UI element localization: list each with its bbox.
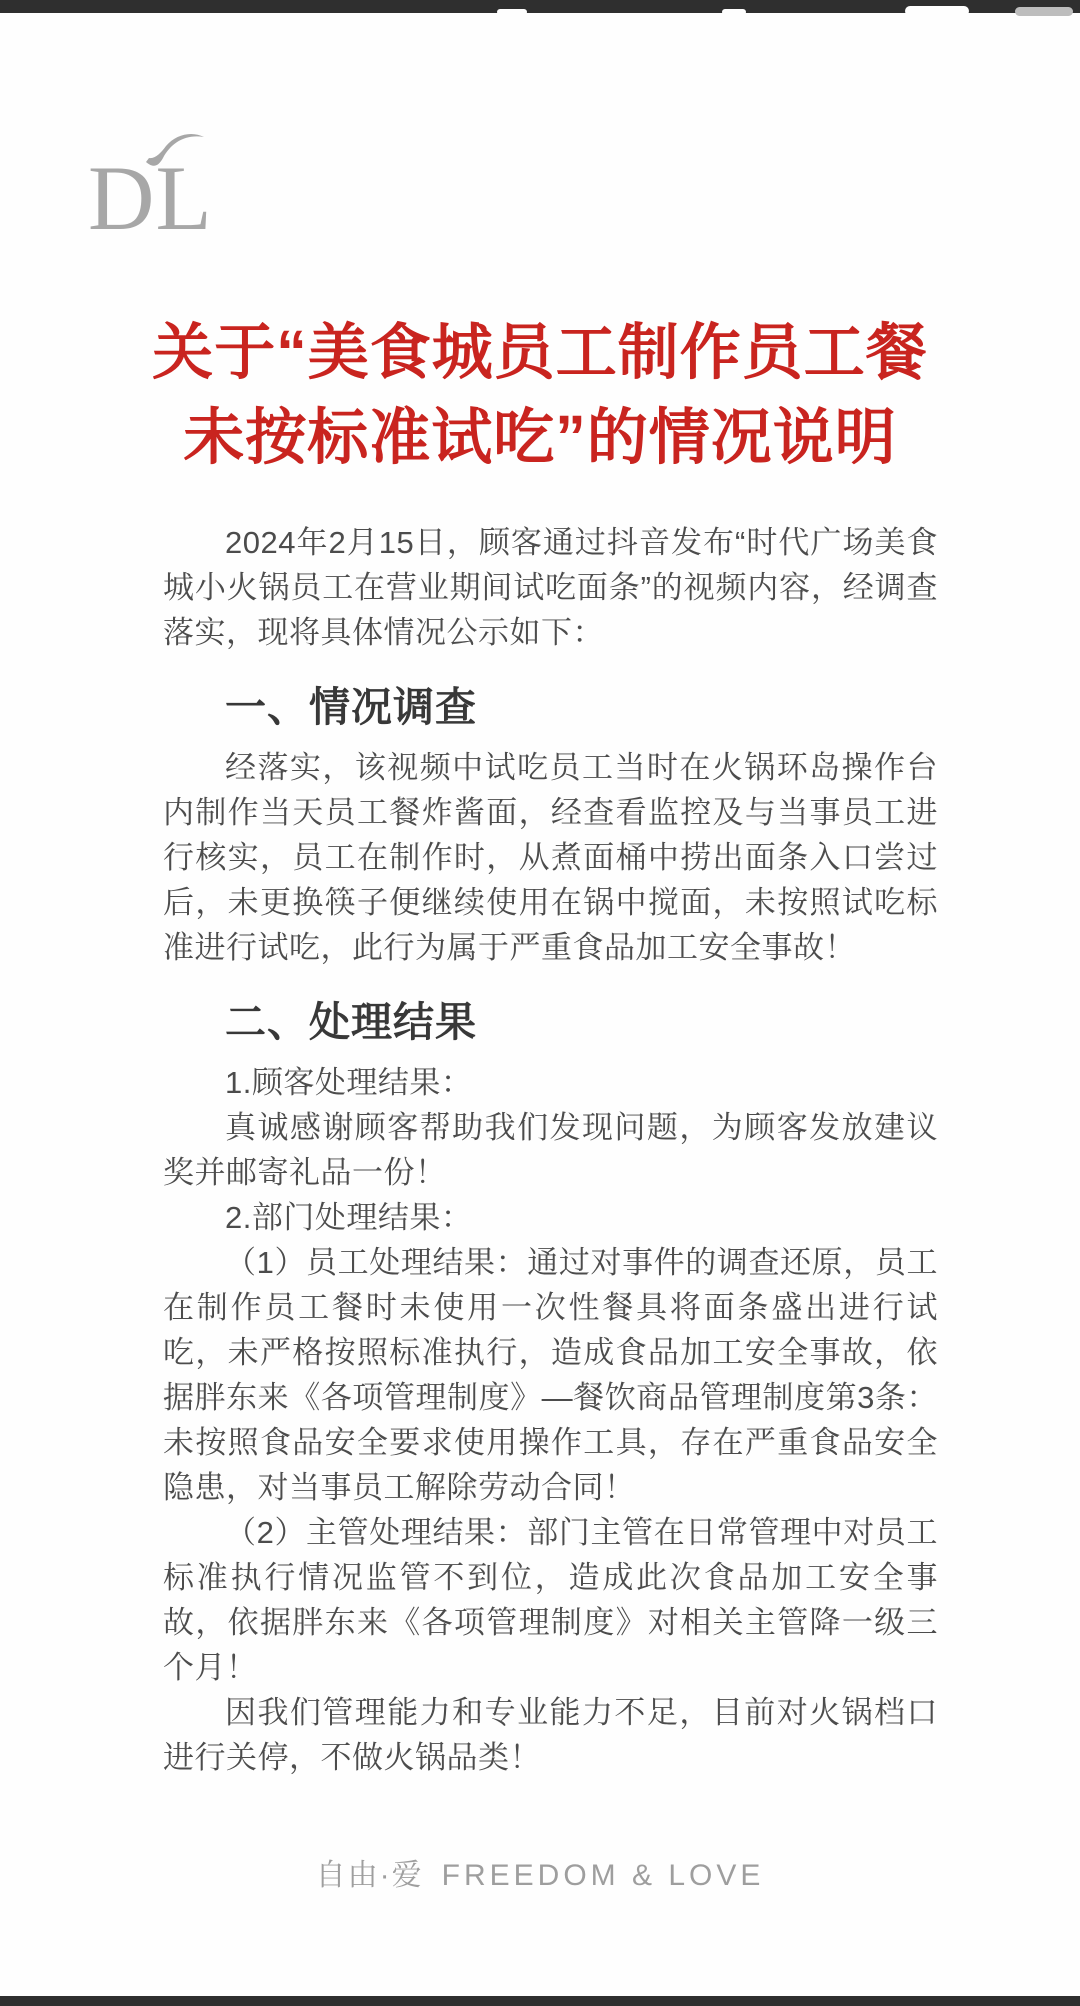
brand-slogan: 自由·爱FREEDOM & LOVE [0,1850,1080,1894]
status-bar-artifact [1015,7,1073,16]
section-heading-investigation: 一、情况调查 [163,679,938,735]
status-bar-artifact [722,9,746,15]
result-item-supervisor-detail: （2）主管处理结果：部门主管在日常管理中对员工标准执行情况监管不到位，造成此次食… [163,1510,938,1690]
document-body: 关于“美食城员工制作员工餐 未按标准试吃”的情况说明 2024年2月15日，顾客… [0,240,1080,1780]
announcement-page: DL 关于“美食城员工制作员工餐 未按标准试吃”的情况说明 2024年2月15日… [0,0,1080,2006]
result-item-customer-label: 1.顾客处理结果： [163,1060,938,1105]
result-item-closure-detail: 因我们管理能力和专业能力不足，目前对火锅档口进行关停，不做火锅品类！ [163,1690,938,1780]
announcement-title: 关于“美食城员工制作员工餐 未按标准试吃”的情况说明 [60,310,1020,480]
slogan-chinese: 自由·爱 [316,1859,424,1892]
intro-paragraph: 2024年2月15日，顾客通过抖音发布“时代广场美食城小火锅员工在营业期间试吃面… [163,520,938,655]
status-bar-artifact [905,6,969,16]
bottom-status-bar [0,1996,1080,2006]
result-item-department-label: 2.部门处理结果： [163,1195,938,1240]
section-heading-results: 二、处理结果 [163,994,938,1050]
brand-logo: DL [88,130,268,240]
slogan-english: FREEDOM & LOVE [442,1859,765,1892]
title-line-1: 关于“美食城员工制作员工餐 [152,318,928,386]
result-item-customer-detail: 真诚感谢顾客帮助我们发现问题，为顾客发放建议奖并邮寄礼品一份！ [163,1105,938,1195]
title-line-2: 未按标准试吃”的情况说明 [183,403,897,471]
investigation-paragraph: 经落实，该视频中试吃员工当时在火锅环岛操作台内制作当天员工餐炸酱面，经查看监控及… [163,745,938,970]
status-bar-artifact [497,9,527,15]
logo-letters: DL [88,148,213,248]
result-item-employee-detail: （1）员工处理结果：通过对事件的调查还原，员工在制作员工餐时未使用一次性餐具将面… [163,1240,938,1510]
